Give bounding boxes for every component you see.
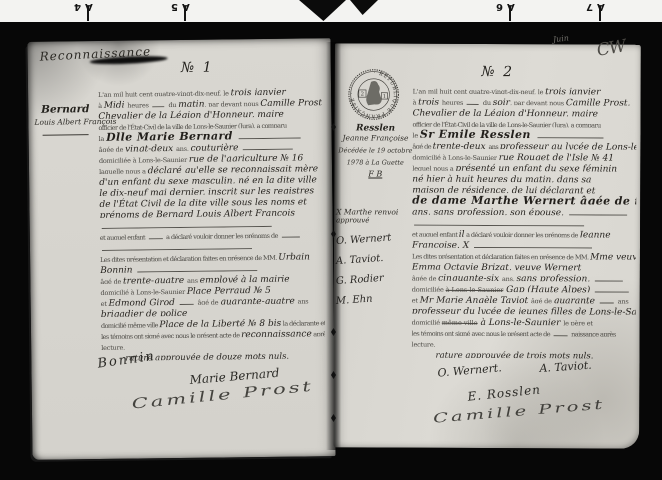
film-frame-mark: A7 (582, 1, 605, 12)
margin-given-names: Louis Albert François (34, 117, 96, 127)
corner-paraph: CW (595, 36, 626, 61)
film-frame-tick (87, 6, 89, 21)
margin-signature: A. Taviot. (336, 251, 413, 267)
film-frame-mark: A6 (492, 1, 515, 12)
film-center-marker-icon (350, 0, 378, 15)
film-center-marker-icon (299, 0, 346, 21)
film-frame-tick (599, 6, 601, 21)
film-frame-mark: A4 (70, 1, 93, 12)
signature: A. Taviot. (539, 359, 592, 375)
act-body-text: L'an mil huit cent quatre-vingt-dix-neuf… (412, 83, 637, 359)
death-marginal-note: 1978 à La Guette (338, 158, 412, 166)
blank-rule (281, 230, 299, 238)
blank-rule (554, 328, 568, 336)
film-header-strip: A4 A5 A6 A7 (0, 0, 662, 22)
margin-annotation: · RÉPUBLIQUE FRANÇAISE · 2 1 Resslen Jea… (338, 67, 412, 178)
book-gutter (326, 42, 342, 450)
handwritten-text: Mme veuve (590, 252, 636, 259)
renvoi-text: X Marthe renvoi (336, 207, 412, 216)
act-body-text: L'an mil huit cent quatre-vingt-dix-neuf… (98, 83, 325, 361)
margin-given-names: Jeanne Françoise (338, 133, 412, 142)
stamp-value-2: 1 (383, 94, 386, 100)
signature: E. Rosslen (467, 382, 542, 403)
margin-signature: O. Wernert (336, 231, 413, 247)
handwritten-text: rature approuvée de trois mots nuls. (435, 351, 593, 359)
blank-rule (149, 231, 163, 239)
blank-rule (180, 297, 194, 305)
revenue-stamp: · RÉPUBLIQUE FRANÇAISE · 2 1 (347, 67, 401, 121)
margin-surname: Resslen (338, 123, 412, 133)
signature: O. Wernert. (437, 361, 502, 379)
margin-rule (43, 134, 89, 136)
margin-annotation: Bernard Louis Albert François (34, 103, 96, 136)
blank-rule (595, 284, 629, 292)
margin-surname: Bernard (34, 103, 96, 116)
blank-rule (537, 130, 603, 138)
death-marginal-note: Décédée le 19 octobre (338, 146, 412, 154)
blank-rule (153, 99, 165, 107)
renvoi-text: approuvé (336, 216, 412, 224)
renvoi-annotation: X Marthe renvoi approuvé O. Wernert A. T… (336, 207, 412, 304)
death-note-initials: F B (338, 169, 412, 178)
printed-text: naissance après (570, 330, 616, 336)
corner-note: Juin (552, 34, 569, 45)
left-page: Reconnaissance № 1 Bernard Louis Albert … (27, 38, 335, 460)
printed-text: lecture. (412, 341, 436, 348)
blank-rule (600, 295, 614, 303)
stamp-value: 2 (361, 92, 364, 98)
text-line: rature approuvée de trois mots nuls. (412, 347, 636, 359)
text-line: les témoins ont signé avec nous le prése… (412, 325, 636, 337)
film-frame-mark: A5 (167, 1, 190, 12)
blank-rule (595, 273, 623, 281)
right-page: Juin CW № 2 · RÉPUBLIQUE FRANÇAISE · 2 1… (333, 43, 641, 448)
blank-rule (569, 207, 627, 215)
microfilm-scan: A4 A5 A6 A7 Reconnaissance № 1 Bernard L… (0, 0, 662, 480)
blank-rule (467, 97, 479, 105)
film-frame-tick (184, 6, 186, 21)
act-number: № 1 (46, 58, 349, 78)
film-frame-tick (509, 6, 511, 21)
printed-text: lecture. (101, 344, 125, 350)
signature: Camille Prost (433, 398, 606, 427)
stamp-figure (366, 81, 382, 105)
margin-signature: G. Rodier (336, 271, 413, 287)
margin-signature: M. Ehn (335, 291, 412, 307)
